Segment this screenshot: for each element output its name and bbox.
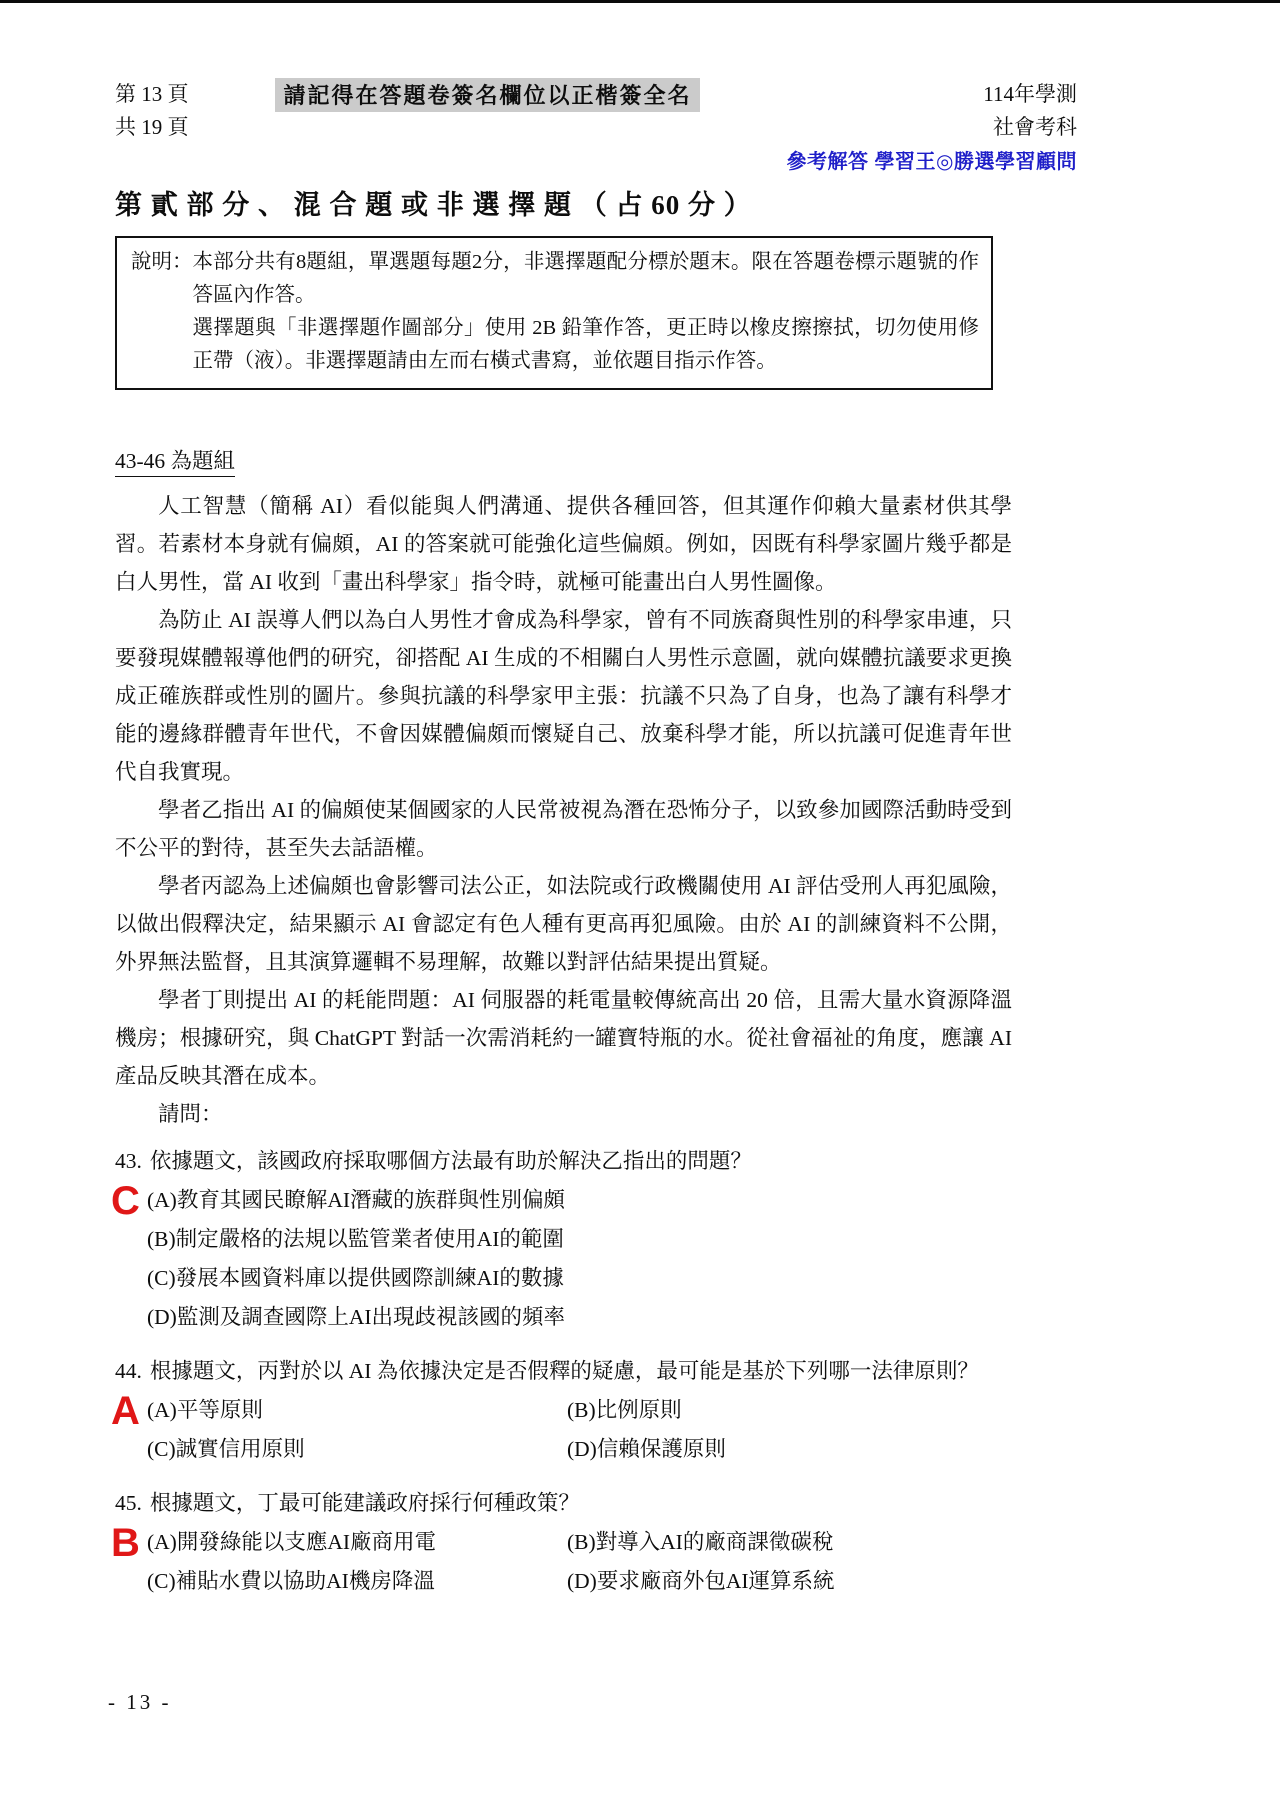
option-d: (D)要求廠商外包AI運算系統	[567, 1562, 1080, 1601]
question-number: 44.	[115, 1355, 142, 1387]
options-list: (A)開發綠能以支應AI廠商用電 (B)對導入AI的廠商課徵碳稅 (C)補貼水費…	[115, 1523, 1080, 1601]
exam-year-label: 114年學測	[786, 78, 1077, 111]
question-stem-row: 43. 依據題文，該國政府採取哪個方法最有助於解決乙指出的問題？	[115, 1145, 1080, 1177]
passage-paragraph: 學者乙指出 AI 的偏頗使某個國家的人民常被視為潛在恐怖分子，以致參加國際活動時…	[115, 791, 1012, 867]
passage-paragraph: 為防止 AI 誤導人們以為白人男性才會成為科學家，曾有不同族裔與性別的科學家串連…	[115, 601, 1012, 791]
question-stem-row: 44. 根據題文，丙對於以 AI 為依據決定是否假釋的疑慮，最可能是基於下列哪一…	[115, 1355, 1080, 1387]
options-block: B (A)開發綠能以支應AI廠商用電 (B)對導入AI的廠商課徵碳稅 (C)補貼…	[115, 1523, 1080, 1601]
option-a: (A)教育其國民瞭解AI潛藏的族群與性別偏頗	[147, 1181, 1080, 1220]
page-number-label: 第 13 頁	[115, 78, 189, 111]
options-list: (A)平等原則 (B)比例原則 (C)誠實信用原則 (D)信賴保護原則	[115, 1391, 1080, 1469]
instruction-label: 說明：	[131, 246, 193, 378]
instruction-body: 本部分共有8題組，單選題每題2分，非選擇題配分標於題末。限在答題卷標示題號的作答…	[193, 246, 980, 378]
page-indicator: 第 13 頁 共 19 頁	[115, 78, 189, 144]
option-c: (C)發展本國資料庫以提供國際訓練AI的數據	[147, 1259, 1080, 1298]
page-total-label: 共 19 頁	[115, 111, 189, 144]
signature-notice: 請記得在答題卷簽名欄位以正楷簽全名	[275, 78, 699, 112]
option-c: (C)誠實信用原則	[147, 1430, 567, 1469]
passage-prompt: 請問：	[115, 1095, 1012, 1133]
option-d: (D)信賴保護原則	[567, 1430, 1080, 1469]
option-d: (D)監測及調查國際上AI出現歧視該國的頻率	[147, 1298, 1080, 1337]
question-43: 43. 依據題文，該國政府採取哪個方法最有助於解決乙指出的問題？ C (A)教育…	[115, 1145, 1080, 1337]
answer-mark: B	[111, 1524, 140, 1562]
options-block: C (A)教育其國民瞭解AI潛藏的族群與性別偏頗 (B)制定嚴格的法規以監管業者…	[115, 1181, 1080, 1337]
option-b: (B)制定嚴格的法規以監管業者使用AI的範圍	[147, 1220, 1080, 1259]
passage-paragraph: 學者丁則提出 AI 的耗能問題：AI 伺服器的耗電量較傳統高出 20 倍，且需大…	[115, 981, 1012, 1095]
options-block: A (A)平等原則 (B)比例原則 (C)誠實信用原則 (D)信賴保護原則	[115, 1391, 1080, 1469]
reading-passage: 人工智慧（簡稱 AI）看似能與人們溝通、提供各種回答，但其運作仰賴大量素材供其學…	[115, 487, 1012, 1133]
page-content: 第 13 頁 共 19 頁 請記得在答題卷簽名欄位以正楷簽全名 114年學測 社…	[0, 0, 1280, 1601]
section-title: 第 貳 部 分 、 混 合 題 或 非 選 擇 題 （ 占 60 分 ）	[115, 183, 1190, 222]
question-group-title: 43-46 為題組	[115, 444, 235, 477]
answer-key-watermark: 參考解答 學習王◎勝選學習顧問	[786, 146, 1077, 179]
option-c: (C)補貼水費以協助AI機房降溫	[147, 1562, 567, 1601]
question-stem: 根據題文，丙對於以 AI 為依據決定是否假釋的疑慮，最可能是基於下列哪一法律原則…	[150, 1355, 1080, 1387]
question-44: 44. 根據題文，丙對於以 AI 為依據決定是否假釋的疑慮，最可能是基於下列哪一…	[115, 1355, 1080, 1469]
options-list: (A)教育其國民瞭解AI潛藏的族群與性別偏頗 (B)制定嚴格的法規以監管業者使用…	[115, 1181, 1080, 1337]
question-number: 45.	[115, 1487, 142, 1519]
option-b: (B)對導入AI的廠商課徵碳稅	[567, 1523, 1080, 1562]
option-b: (B)比例原則	[567, 1391, 1080, 1430]
header-center: 請記得在答題卷簽名欄位以正楷簽全名	[189, 78, 787, 112]
question-stem: 依據題文，該國政府採取哪個方法最有助於解決乙指出的問題？	[150, 1145, 1080, 1177]
question-45: 45. 根據題文，丁最可能建議政府採行何種政策？ B (A)開發綠能以支應AI廠…	[115, 1487, 1080, 1601]
answer-mark: C	[111, 1182, 140, 1220]
question-number: 43.	[115, 1145, 142, 1177]
option-a: (A)平等原則	[147, 1391, 567, 1430]
instruction-box: 說明： 本部分共有8題組，單選題每題2分，非選擇題配分標於題末。限在答題卷標示題…	[115, 236, 993, 390]
instruction-paragraph: 本部分共有8題組，單選題每題2分，非選擇題配分標於題末。限在答題卷標示題號的作答…	[193, 246, 980, 312]
question-stem: 根據題文，丁最可能建議政府採行何種政策？	[150, 1487, 1080, 1519]
instruction-paragraph: 選擇題與「非選擇題作圖部分」使用 2B 鉛筆作答，更正時以橡皮擦擦拭，切勿使用修…	[193, 312, 980, 378]
option-a: (A)開發綠能以支應AI廠商用電	[147, 1523, 567, 1562]
page-header: 第 13 頁 共 19 頁 請記得在答題卷簽名欄位以正楷簽全名 114年學測 社…	[115, 78, 1077, 179]
page-footer-number: - 13 -	[108, 1690, 172, 1715]
exam-subject-label: 社會考科	[786, 111, 1077, 144]
passage-paragraph: 學者丙認為上述偏頗也會影響司法公正，如法院或行政機關使用 AI 評估受刑人再犯風…	[115, 867, 1012, 981]
passage-paragraph: 人工智慧（簡稱 AI）看似能與人們溝通、提供各種回答，但其運作仰賴大量素材供其學…	[115, 487, 1012, 601]
exam-info: 114年學測 社會考科 參考解答 學習王◎勝選學習顧問	[786, 78, 1077, 179]
scan-edge-line	[0, 0, 1280, 3]
exam-document-page: 第 13 頁 共 19 頁 請記得在答題卷簽名欄位以正楷簽全名 114年學測 社…	[0, 0, 1280, 1810]
answer-mark: A	[111, 1392, 140, 1430]
question-stem-row: 45. 根據題文，丁最可能建議政府採行何種政策？	[115, 1487, 1080, 1519]
